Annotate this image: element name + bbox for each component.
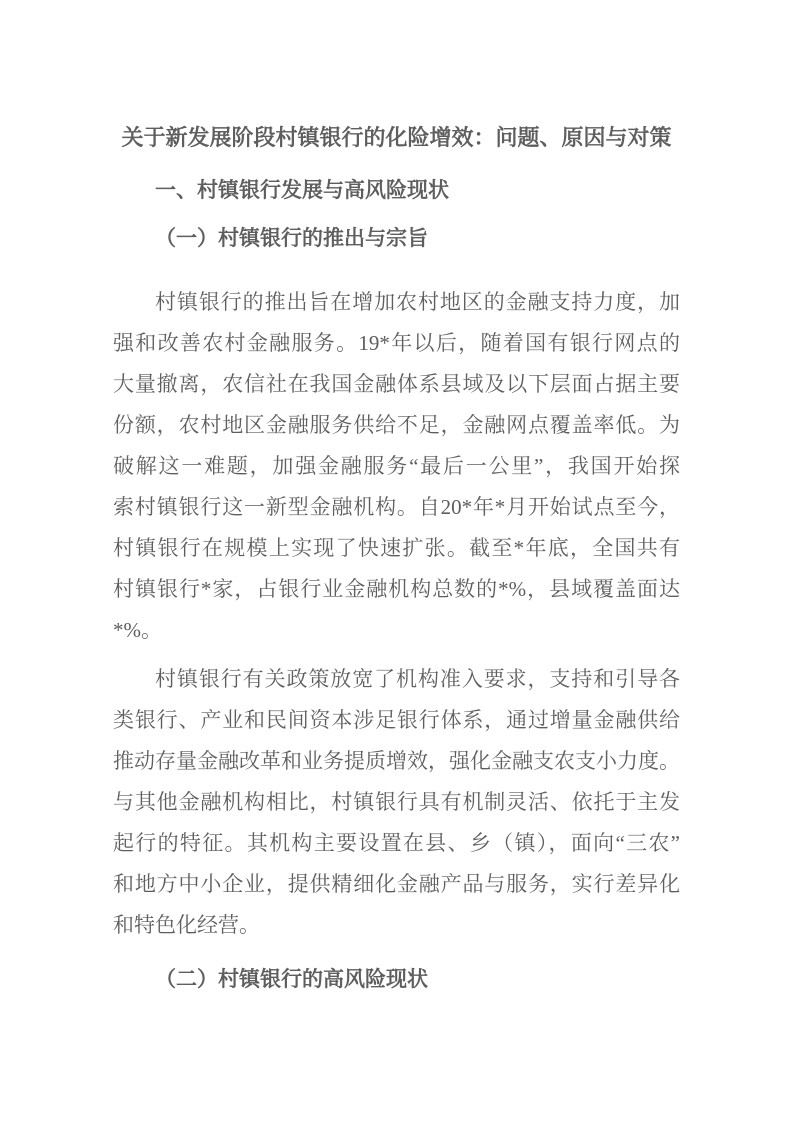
section-heading-1: 一、村镇银行发展与高风险现状 [113,170,680,210]
text-line: 村镇银行*家，占银行业金融机构总数的*%，县域覆盖面达 [113,569,680,610]
text-line: 和特色化经营。 [113,905,680,946]
text-line: 类银行、产业和民间资本涉足银行体系，通过增量金融供给 [113,700,680,741]
text-line: 和地方中小企业，提供精细化金融产品与服务，实行差异化 [113,864,680,905]
document-title: 关于新发展阶段村镇银行的化险增效：问题、原因与对策 [113,118,680,158]
text-line: 大量撤离，农信社在我国金融体系县域及以下层面占据主要 [113,364,680,405]
subsection-heading-1-1: （一）村镇银行的推出与宗旨 [113,218,680,258]
paragraph-1: 村镇银行的推出旨在增加农村地区的金融支持力度，加强和改善农村金融服务。19*年以… [113,282,680,651]
text-line: 村镇银行的推出旨在增加农村地区的金融支持力度，加 [113,282,680,323]
text-line: 索村镇银行这一新型金融机构。自20*年*月开始试点至今， [113,487,680,528]
subsection-heading-1-2: （二）村镇银行的高风险现状 [113,959,680,999]
text-line: 强和改善农村金融服务。19*年以后，随着国有银行网点的 [113,323,680,364]
text-line: 份额，农村地区金融服务供给不足，金融网点覆盖率低。为 [113,405,680,446]
text-line: 村镇银行有关政策放宽了机构准入要求，支持和引导各 [113,659,680,700]
text-line: 起行的特征。其机构主要设置在县、乡（镇），面向“三农” [113,823,680,864]
document-page: 关于新发展阶段村镇银行的化险增效：问题、原因与对策 一、村镇银行发展与高风险现状… [0,0,793,1122]
text-line: 推动存量金融改革和业务提质增效，强化金融支农支小力度。 [113,741,680,782]
text-line: 村镇银行在规模上实现了快速扩张。截至*年底，全国共有 [113,528,680,569]
text-line: *%。 [113,610,680,651]
paragraph-2: 村镇银行有关政策放宽了机构准入要求，支持和引导各类银行、产业和民间资本涉足银行体… [113,659,680,946]
text-line: 破解这一难题，加强金融服务“最后一公里”，我国开始探 [113,446,680,487]
text-line: 与其他金融机构相比，村镇银行具有机制灵活、依托于主发 [113,782,680,823]
